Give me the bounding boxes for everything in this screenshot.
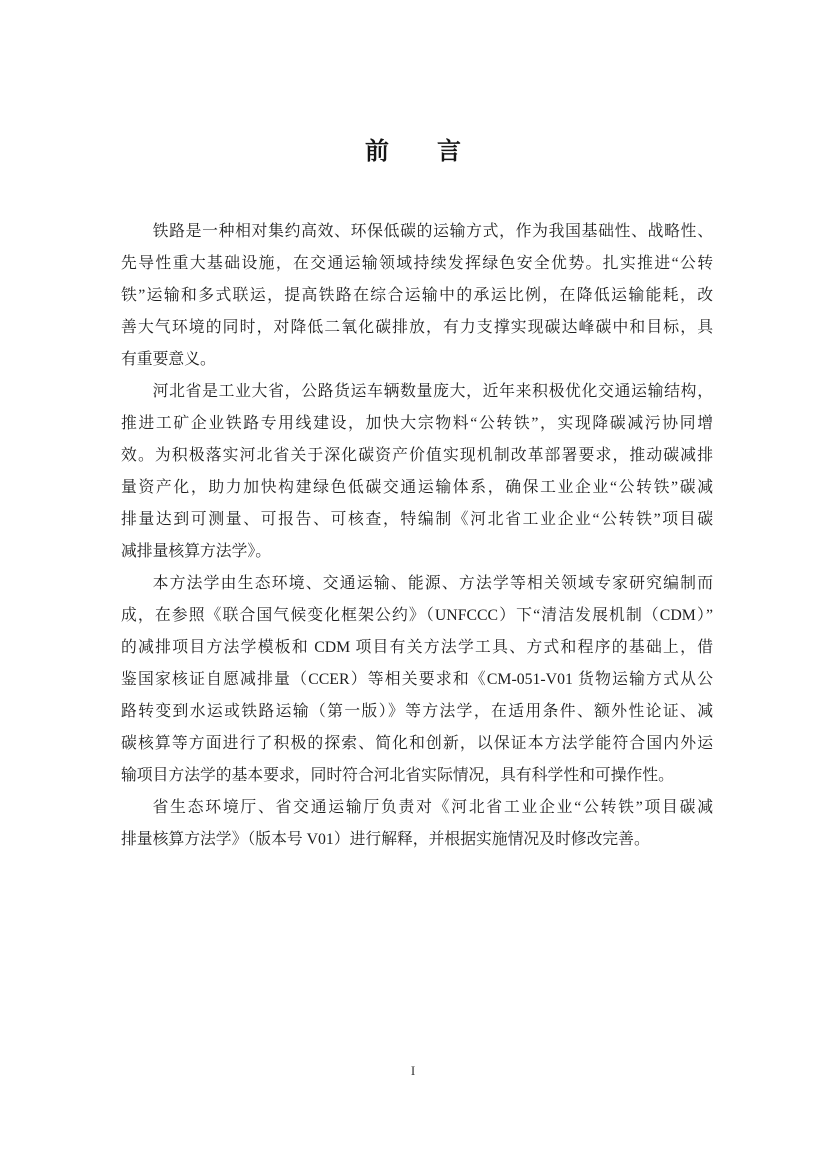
- text-line: 减排量核算方法学》。: [121, 536, 713, 568]
- text-line: 善大气环境的同时，对降低二氧化碳排放，有力支撑实现碳达峰碳中和目标，具: [121, 312, 713, 344]
- text-line: 有重要意义。: [121, 344, 713, 376]
- text-line: 省生态环境厅、省交通运输厅负责对《河北省工业企业“公转铁”项目碳减: [121, 792, 713, 824]
- document-body: 铁路是一种相对集约高效、环保低碳的运输方式，作为我国基础性、战略性、先导性重大基…: [121, 216, 713, 856]
- text-line: 路转变到水运或铁路运输（第一版）》等方法学，在适用条件、额外性论证、减: [121, 696, 713, 728]
- page-title: 前 言: [0, 133, 826, 171]
- text-line: 排量达到可测量、可报告、可核查，特编制《河北省工业企业“公转铁”项目碳: [121, 504, 713, 536]
- text-line: 排量核算方法学》（版本号 V01）进行解释，并根据实施情况及时修改完善。: [121, 824, 713, 856]
- text-line: 河北省是工业大省，公路货运车辆数量庞大，近年来积极优化交通运输结构，: [121, 376, 713, 408]
- text-line: 成，在参照《联合国气候变化框架公约》（UNFCCC）下“清洁发展机制（CDM）”: [121, 600, 713, 632]
- text-line: 本方法学由生态环境、交通运输、能源、方法学等相关领域专家研究编制而: [121, 568, 713, 600]
- page-number: I: [0, 1061, 826, 1081]
- text-line: 铁”运输和多式联运，提高铁路在综合运输中的承运比例，在降低运输能耗，改: [121, 280, 713, 312]
- text-line: 的减排项目方法学模板和 CDM 项目有关方法学工具、方式和程序的基础上，借: [121, 632, 713, 664]
- text-line: 效。为积极落实河北省关于深化碳资产价值实现机制改革部署要求，推动碳减排: [121, 440, 713, 472]
- text-line: 输项目方法学的基本要求，同时符合河北省实际情况，具有科学性和可操作性。: [121, 760, 713, 792]
- text-line: 鉴国家核证自愿减排量（CCER）等相关要求和《CM-051-V01 货物运输方式…: [121, 664, 713, 696]
- text-line: 推进工矿企业铁路专用线建设，加快大宗物料“公转铁”，实现降碳减污协同增: [121, 408, 713, 440]
- text-line: 量资产化，助力加快构建绿色低碳交通运输体系，确保工业企业“公转铁”碳减: [121, 472, 713, 504]
- document-page: 前 言 铁路是一种相对集约高效、环保低碳的运输方式，作为我国基础性、战略性、先导…: [0, 0, 826, 1169]
- text-line: 先导性重大基础设施，在交通运输领域持续发挥绿色安全优势。扎实推进“公转: [121, 248, 713, 280]
- text-line: 铁路是一种相对集约高效、环保低碳的运输方式，作为我国基础性、战略性、: [121, 216, 713, 248]
- text-line: 碳核算等方面进行了积极的探索、简化和创新，以保证本方法学能符合国内外运: [121, 728, 713, 760]
